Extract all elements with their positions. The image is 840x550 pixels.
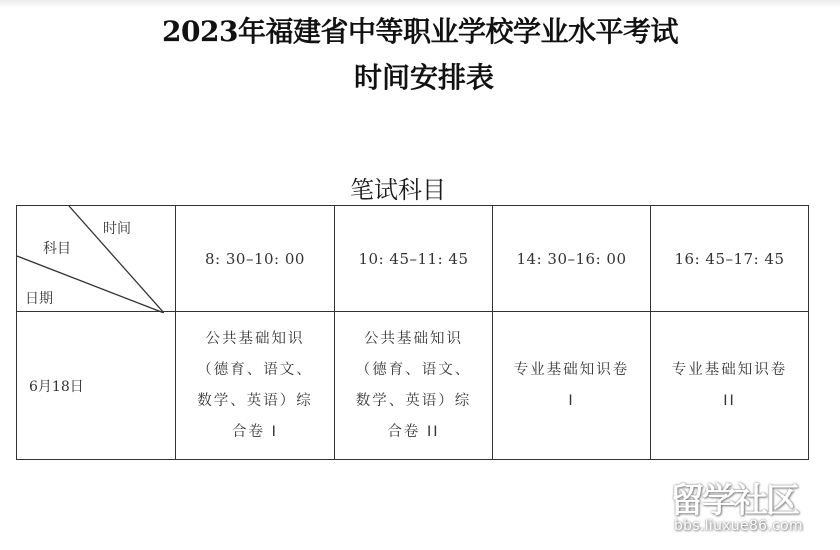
subject-cell-2: 公共基础知识 （德育、语文、 数学、英语）综 合卷 II [335,312,493,460]
subject-line: 公共基础知识 [176,324,334,355]
top-shade [0,0,840,8]
subject-line: I [493,386,650,417]
time-slot-3: 14: 30–16: 00 [493,206,651,312]
time-slot-4: 16: 45–17: 45 [651,206,809,312]
subject-cell-1: 公共基础知识 （德育、语文、 数学、英语）综 合卷 I [176,312,335,460]
subject-line: （德育、语文、 [335,355,492,386]
subject-line: 专业基础知识卷 [493,355,650,386]
document-title: 2023年福建省中等职业学校学业水平考试 [0,10,840,50]
subject-line: 合卷 II [335,417,492,448]
header-row: 时间 科目 日期 8: 30–10: 00 10: 45–11: 45 14: … [17,206,809,312]
time-slot-1: 8: 30–10: 00 [176,206,335,312]
subject-line: 数学、英语）综 [176,386,334,417]
corner-label-time: 时间 [103,218,131,238]
subject-cell-4: 专业基础知识卷 II [651,312,809,460]
section-title: 笔试科目 [350,170,446,205]
subject-line: 专业基础知识卷 [651,355,808,386]
corner-label-subject: 科目 [43,238,71,258]
document-subtitle: 时间安排表 [0,56,840,96]
subject-line: 数学、英语）综 [335,386,492,417]
schedule-table: 时间 科目 日期 8: 30–10: 00 10: 45–11: 45 14: … [16,205,809,460]
subject-line: 公共基础知识 [335,324,492,355]
watermark-url: bbs.liuxue86.com [674,519,830,533]
corner-label-date: 日期 [25,288,53,308]
date-cell: 6月18日 [17,312,176,460]
watermark-logo-text: 留学社区 [670,483,830,519]
corner-header-cell: 时间 科目 日期 [17,206,176,312]
time-slot-2: 10: 45–11: 45 [335,206,493,312]
subject-line: 合卷 I [176,417,334,448]
table-row: 6月18日 公共基础知识 （德育、语文、 数学、英语）综 合卷 I 公共基础知识… [17,312,809,460]
watermark: 留学社区 bbs.liuxue86.com [670,483,830,533]
subject-cell-3: 专业基础知识卷 I [493,312,651,460]
subject-line: II [651,386,808,417]
subject-line: （德育、语文、 [176,355,334,386]
